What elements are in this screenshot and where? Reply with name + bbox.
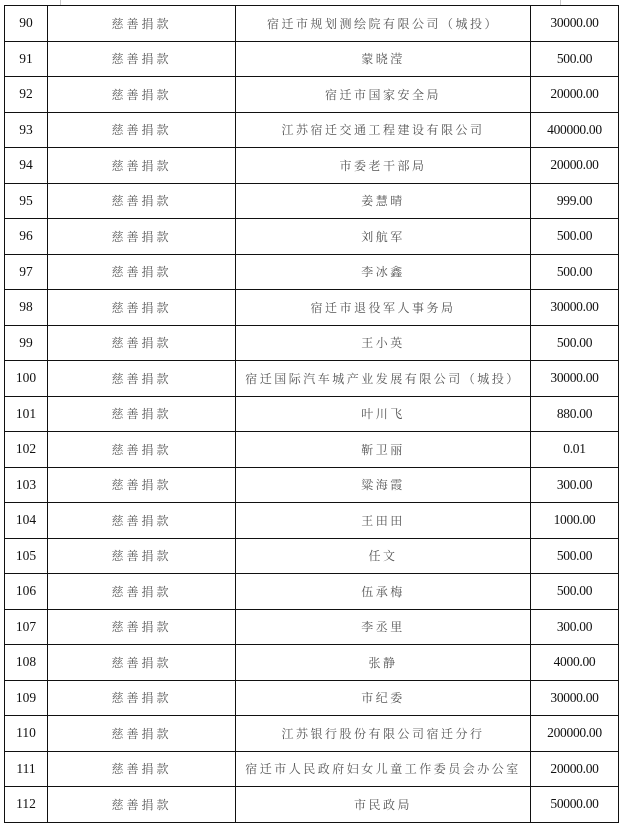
row-number-cell: 105 bbox=[5, 538, 48, 574]
amount-cell: 500.00 bbox=[531, 41, 619, 77]
row-number-cell: 107 bbox=[5, 609, 48, 645]
donor-name-cell: 李丞里 bbox=[236, 609, 531, 645]
donation-type-cell: 慈善捐款 bbox=[48, 148, 236, 184]
donor-name-cell: 宿迁市退役军人事务局 bbox=[236, 290, 531, 326]
donor-name-cell: 粱海霞 bbox=[236, 467, 531, 503]
amount-cell: 999.00 bbox=[531, 183, 619, 219]
table-row: 93慈善捐款江苏宿迁交通工程建设有限公司400000.00 bbox=[5, 112, 619, 148]
donor-name-cell: 张静 bbox=[236, 645, 531, 681]
table-row: 108慈善捐款张静4000.00 bbox=[5, 645, 619, 681]
amount-cell: 1000.00 bbox=[531, 503, 619, 539]
amount-cell: 20000.00 bbox=[531, 148, 619, 184]
row-number-cell: 108 bbox=[5, 645, 48, 681]
row-number-cell: 100 bbox=[5, 361, 48, 397]
table-row: 92慈善捐款宿迁市国家安全局20000.00 bbox=[5, 77, 619, 113]
donor-name-cell: 宿迁市规划测绘院有限公司（城投） bbox=[236, 6, 531, 42]
table-row: 105慈善捐款任文500.00 bbox=[5, 538, 619, 574]
row-number-cell: 101 bbox=[5, 396, 48, 432]
table-row: 91慈善捐款蒙晓滢500.00 bbox=[5, 41, 619, 77]
donation-table: 90慈善捐款宿迁市规划测绘院有限公司（城投）30000.0091慈善捐款蒙晓滢5… bbox=[4, 5, 619, 823]
donor-name-cell: 伍承梅 bbox=[236, 574, 531, 610]
table-row: 102慈善捐款靳卫丽0.01 bbox=[5, 432, 619, 468]
amount-cell: 30000.00 bbox=[531, 680, 619, 716]
row-number-cell: 110 bbox=[5, 716, 48, 752]
amount-cell: 500.00 bbox=[531, 325, 619, 361]
donor-name-cell: 江苏宿迁交通工程建设有限公司 bbox=[236, 112, 531, 148]
amount-cell: 500.00 bbox=[531, 254, 619, 290]
row-number-cell: 92 bbox=[5, 77, 48, 113]
amount-cell: 30000.00 bbox=[531, 361, 619, 397]
amount-cell: 500.00 bbox=[531, 538, 619, 574]
row-number-cell: 103 bbox=[5, 467, 48, 503]
donor-name-cell: 宿迁国际汽车城产业发展有限公司（城投） bbox=[236, 361, 531, 397]
donation-type-cell: 慈善捐款 bbox=[48, 219, 236, 255]
donation-type-cell: 慈善捐款 bbox=[48, 183, 236, 219]
table-row: 109慈善捐款市纪委30000.00 bbox=[5, 680, 619, 716]
amount-cell: 30000.00 bbox=[531, 290, 619, 326]
table-row: 99慈善捐款王小英500.00 bbox=[5, 325, 619, 361]
donation-type-cell: 慈善捐款 bbox=[48, 503, 236, 539]
donation-type-cell: 慈善捐款 bbox=[48, 467, 236, 503]
donation-type-cell: 慈善捐款 bbox=[48, 680, 236, 716]
donation-type-cell: 慈善捐款 bbox=[48, 751, 236, 787]
amount-cell: 50000.00 bbox=[531, 787, 619, 823]
table-row: 111慈善捐款宿迁市人民政府妇女儿童工作委员会办公室20000.00 bbox=[5, 751, 619, 787]
donor-name-cell: 姜慧晴 bbox=[236, 183, 531, 219]
amount-cell: 400000.00 bbox=[531, 112, 619, 148]
amount-cell: 20000.00 bbox=[531, 77, 619, 113]
amount-cell: 0.01 bbox=[531, 432, 619, 468]
row-number-cell: 111 bbox=[5, 751, 48, 787]
amount-cell: 300.00 bbox=[531, 609, 619, 645]
row-number-cell: 102 bbox=[5, 432, 48, 468]
donation-type-cell: 慈善捐款 bbox=[48, 112, 236, 148]
donor-name-cell: 王田田 bbox=[236, 503, 531, 539]
table-row: 90慈善捐款宿迁市规划测绘院有限公司（城投）30000.00 bbox=[5, 6, 619, 42]
row-number-cell: 93 bbox=[5, 112, 48, 148]
amount-cell: 20000.00 bbox=[531, 751, 619, 787]
amount-cell: 4000.00 bbox=[531, 645, 619, 681]
donation-type-cell: 慈善捐款 bbox=[48, 396, 236, 432]
donor-name-cell: 市民政局 bbox=[236, 787, 531, 823]
donation-type-cell: 慈善捐款 bbox=[48, 41, 236, 77]
row-number-cell: 96 bbox=[5, 219, 48, 255]
row-number-cell: 104 bbox=[5, 503, 48, 539]
table-row: 94慈善捐款市委老干部局20000.00 bbox=[5, 148, 619, 184]
donor-name-cell: 李冰鑫 bbox=[236, 254, 531, 290]
donation-type-cell: 慈善捐款 bbox=[48, 361, 236, 397]
amount-cell: 300.00 bbox=[531, 467, 619, 503]
donation-type-cell: 慈善捐款 bbox=[48, 787, 236, 823]
table-row: 107慈善捐款李丞里300.00 bbox=[5, 609, 619, 645]
table-row: 106慈善捐款伍承梅500.00 bbox=[5, 574, 619, 610]
table-row: 103慈善捐款粱海霞300.00 bbox=[5, 467, 619, 503]
row-number-cell: 91 bbox=[5, 41, 48, 77]
donor-name-cell: 王小英 bbox=[236, 325, 531, 361]
table-row: 95慈善捐款姜慧晴999.00 bbox=[5, 183, 619, 219]
table-row: 104慈善捐款王田田1000.00 bbox=[5, 503, 619, 539]
donation-type-cell: 慈善捐款 bbox=[48, 574, 236, 610]
donor-name-cell: 靳卫丽 bbox=[236, 432, 531, 468]
donation-type-cell: 慈善捐款 bbox=[48, 77, 236, 113]
donation-type-cell: 慈善捐款 bbox=[48, 716, 236, 752]
donation-type-cell: 慈善捐款 bbox=[48, 290, 236, 326]
amount-cell: 500.00 bbox=[531, 219, 619, 255]
table-row: 97慈善捐款李冰鑫500.00 bbox=[5, 254, 619, 290]
row-number-cell: 106 bbox=[5, 574, 48, 610]
donor-name-cell: 任文 bbox=[236, 538, 531, 574]
table-row: 96慈善捐款刘航军500.00 bbox=[5, 219, 619, 255]
table-row: 112慈善捐款市民政局50000.00 bbox=[5, 787, 619, 823]
donor-name-cell: 江苏银行股份有限公司宿迁分行 bbox=[236, 716, 531, 752]
donor-name-cell: 宿迁市国家安全局 bbox=[236, 77, 531, 113]
donation-type-cell: 慈善捐款 bbox=[48, 325, 236, 361]
donation-type-cell: 慈善捐款 bbox=[48, 432, 236, 468]
donation-type-cell: 慈善捐款 bbox=[48, 645, 236, 681]
amount-cell: 880.00 bbox=[531, 396, 619, 432]
table-row: 98慈善捐款宿迁市退役军人事务局30000.00 bbox=[5, 290, 619, 326]
donor-name-cell: 刘航军 bbox=[236, 219, 531, 255]
table-row: 110慈善捐款江苏银行股份有限公司宿迁分行200000.00 bbox=[5, 716, 619, 752]
row-number-cell: 97 bbox=[5, 254, 48, 290]
donation-type-cell: 慈善捐款 bbox=[48, 538, 236, 574]
amount-cell: 500.00 bbox=[531, 574, 619, 610]
donor-name-cell: 宿迁市人民政府妇女儿童工作委员会办公室 bbox=[236, 751, 531, 787]
donation-type-cell: 慈善捐款 bbox=[48, 254, 236, 290]
row-number-cell: 90 bbox=[5, 6, 48, 42]
donor-name-cell: 市委老干部局 bbox=[236, 148, 531, 184]
donor-name-cell: 市纪委 bbox=[236, 680, 531, 716]
amount-cell: 200000.00 bbox=[531, 716, 619, 752]
row-number-cell: 109 bbox=[5, 680, 48, 716]
donation-type-cell: 慈善捐款 bbox=[48, 6, 236, 42]
donation-table-body: 90慈善捐款宿迁市规划测绘院有限公司（城投）30000.0091慈善捐款蒙晓滢5… bbox=[5, 6, 619, 823]
table-row: 101慈善捐款叶川飞880.00 bbox=[5, 396, 619, 432]
donor-name-cell: 蒙晓滢 bbox=[236, 41, 531, 77]
table-row: 100慈善捐款宿迁国际汽车城产业发展有限公司（城投）30000.00 bbox=[5, 361, 619, 397]
row-number-cell: 99 bbox=[5, 325, 48, 361]
row-number-cell: 98 bbox=[5, 290, 48, 326]
amount-cell: 30000.00 bbox=[531, 6, 619, 42]
row-number-cell: 95 bbox=[5, 183, 48, 219]
donor-name-cell: 叶川飞 bbox=[236, 396, 531, 432]
row-number-cell: 112 bbox=[5, 787, 48, 823]
donation-type-cell: 慈善捐款 bbox=[48, 609, 236, 645]
row-number-cell: 94 bbox=[5, 148, 48, 184]
